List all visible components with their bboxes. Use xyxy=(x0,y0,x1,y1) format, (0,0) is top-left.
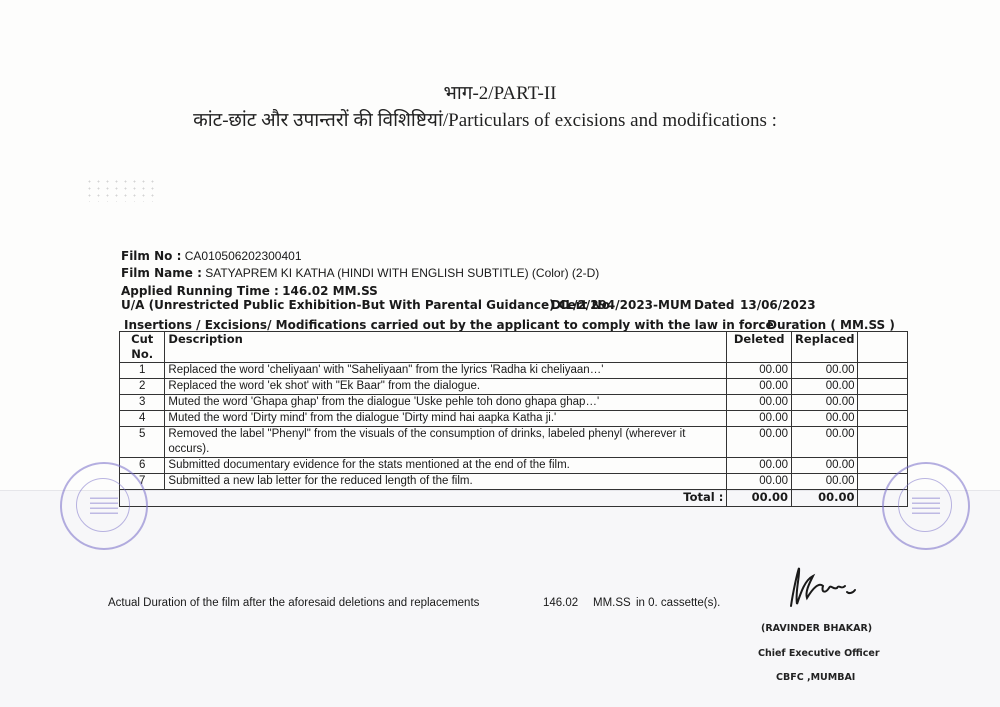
description-cell: Muted the word 'Dirty mind' from the dia… xyxy=(165,411,727,427)
blank-cell xyxy=(858,411,908,427)
table-row: 4Muted the word 'Dirty mind' from the di… xyxy=(120,411,908,427)
col-deleted: Deleted xyxy=(727,332,792,363)
official-stamp-right xyxy=(882,462,970,550)
replaced-cell: 00.00 xyxy=(792,427,858,458)
total-label: Total : xyxy=(165,490,727,507)
total-deleted: 00.00 xyxy=(727,490,792,507)
replaced-cell: 00.00 xyxy=(792,395,858,411)
table-row: 2Replaced the word 'ek shot' with "Ek Ba… xyxy=(120,379,908,395)
blank-cell xyxy=(858,395,908,411)
signatory-name: (RAVINDER BHAKAR) xyxy=(761,623,872,634)
cassette-count: in 0. cassette(s). xyxy=(636,597,720,609)
dated-value: 13/06/2023 xyxy=(740,298,816,312)
total-replaced: 00.00 xyxy=(792,490,858,507)
signatory-org: CBFC ,MUMBAI xyxy=(776,672,855,683)
table-row: 5Removed the label "Phenyl" from the vis… xyxy=(120,427,908,458)
cert-no-value: DIL/2/294/2023-MUM xyxy=(551,298,692,312)
scan-speckle xyxy=(85,178,155,202)
table-row: 3Muted the word 'Ghapa ghap' from the di… xyxy=(120,395,908,411)
signatory-title: Chief Executive Officer xyxy=(758,648,880,659)
dated-label: Dated xyxy=(694,298,735,312)
film-no-value: CA010506202300401 xyxy=(185,249,302,263)
film-name-label: Film Name : xyxy=(121,266,202,280)
section-heading: कांट-छांट और उपान्तरों की विशिष्टियां/Pa… xyxy=(0,106,970,132)
blank-cell xyxy=(858,363,908,379)
table-row: 1Replaced the word 'cheliyaan' with "Sah… xyxy=(120,363,908,379)
duration-header: Duration ( MM.SS ) xyxy=(767,318,895,332)
film-name-value: SATYAPREM KI KATHA (HINDI WITH ENGLISH S… xyxy=(205,266,599,280)
deleted-cell: 00.00 xyxy=(727,411,792,427)
description-cell: Replaced the word 'cheliyaan' with "Sahe… xyxy=(165,363,727,379)
cut-no-cell: 4 xyxy=(120,411,165,427)
film-name-line: Film Name : SATYAPREM KI KATHA (HINDI WI… xyxy=(121,266,599,280)
deleted-cell: 00.00 xyxy=(727,427,792,458)
replaced-cell: 00.00 xyxy=(792,474,858,490)
description-cell: Removed the label "Phenyl" from the visu… xyxy=(165,427,727,458)
cut-no-cell: 2 xyxy=(120,379,165,395)
actual-duration-unit: MM.SS xyxy=(593,597,631,609)
blank-cell xyxy=(858,427,908,458)
running-time-label: Applied Running Time : xyxy=(121,284,279,298)
certificate-line: U/A (Unrestricted Public Exhibition-But … xyxy=(121,298,901,312)
deleted-cell: 00.00 xyxy=(727,379,792,395)
table-caption-line: Insertions / Excisions/ Modifications ca… xyxy=(124,318,774,332)
description-cell: Submitted a new lab letter for the reduc… xyxy=(165,474,727,490)
col-replaced: Replaced xyxy=(792,332,858,363)
cut-no-cell: 5 xyxy=(120,427,165,458)
actual-duration-value: 146.02 xyxy=(543,597,578,609)
replaced-cell: 00.00 xyxy=(792,363,858,379)
table-caption: Insertions / Excisions/ Modifications ca… xyxy=(124,318,774,332)
description-cell: Muted the word 'Ghapa ghap' from the dia… xyxy=(165,395,727,411)
replaced-cell: 00.00 xyxy=(792,411,858,427)
deleted-cell: 00.00 xyxy=(727,458,792,474)
running-time-line: Applied Running Time : 146.02 MM.SS xyxy=(121,284,378,298)
table-row: 7Submitted a new lab letter for the redu… xyxy=(120,474,908,490)
excisions-table: Cut No. Description Deleted Replaced 1Re… xyxy=(119,331,908,507)
total-row: Total : 00.00 00.00 xyxy=(120,490,908,507)
description-cell: Replaced the word 'ek shot' with "Ek Baa… xyxy=(165,379,727,395)
table-header-row: Cut No. Description Deleted Replaced xyxy=(120,332,908,363)
film-no-line: Film No : CA010506202300401 xyxy=(121,249,302,263)
col-blank xyxy=(858,332,908,363)
col-cut-no: Cut No. xyxy=(120,332,165,363)
col-description: Description xyxy=(165,332,727,363)
deleted-cell: 00.00 xyxy=(727,395,792,411)
replaced-cell: 00.00 xyxy=(792,379,858,395)
table-row: 6Submitted documentary evidence for the … xyxy=(120,458,908,474)
cut-no-cell: 1 xyxy=(120,363,165,379)
cut-no-cell: 3 xyxy=(120,395,165,411)
official-stamp-left xyxy=(60,462,148,550)
replaced-cell: 00.00 xyxy=(792,458,858,474)
deleted-cell: 00.00 xyxy=(727,363,792,379)
actual-duration-label: Actual Duration of the film after the af… xyxy=(108,597,479,609)
deleted-cell: 00.00 xyxy=(727,474,792,490)
running-time-value: 146.02 MM.SS xyxy=(282,284,378,298)
certificate-text: U/A (Unrestricted Public Exhibition-But … xyxy=(121,298,614,312)
part-heading: भाग-2/PART-II xyxy=(0,79,1000,105)
description-cell: Submitted documentary evidence for the s… xyxy=(165,458,727,474)
signature-icon xyxy=(783,562,863,612)
film-no-label: Film No : xyxy=(121,249,181,263)
blank-cell xyxy=(858,379,908,395)
